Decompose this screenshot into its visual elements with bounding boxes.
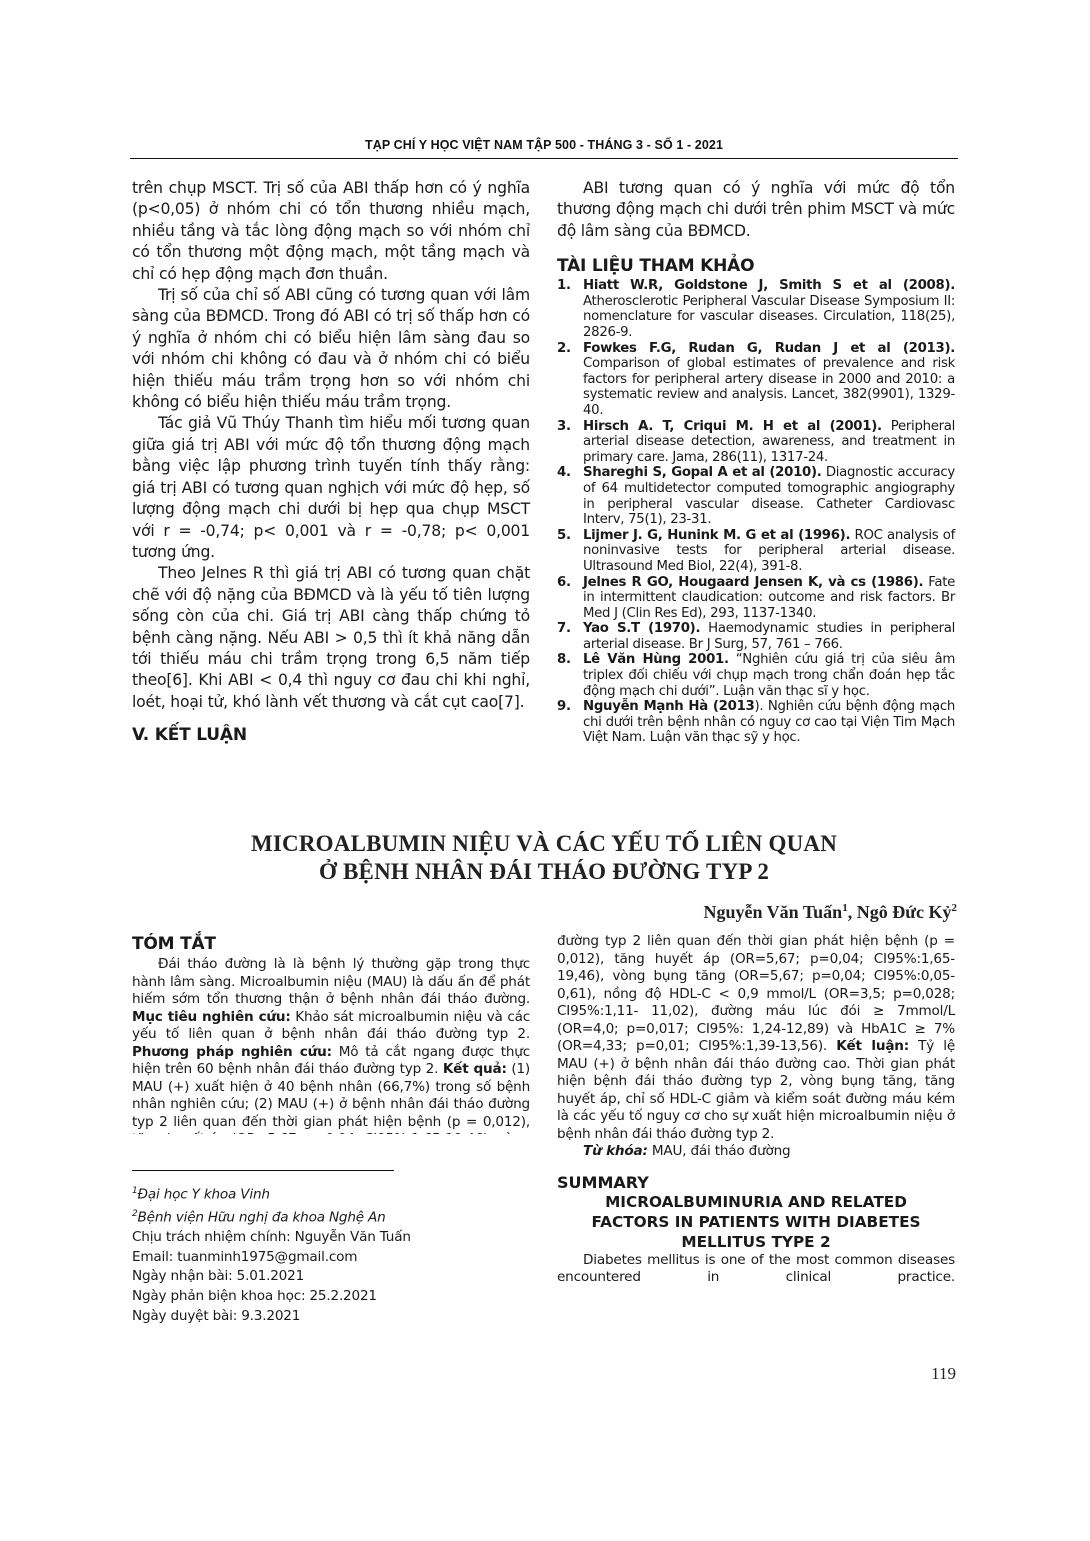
abstract-text: Đái tháo đường là là bệnh lý thường gặp …: [132, 956, 530, 1134]
summary-heading: SUMMARY: [557, 1173, 955, 1192]
abstract-heading: TÓM TẮT: [132, 934, 530, 954]
running-header: TẠP CHÍ Y HỌC VIỆT NAM TẬP 500 - THÁNG 3…: [130, 138, 958, 152]
abstract-column-right: đường typ 2 liên quan đến thời gian phát…: [557, 933, 955, 1287]
review-date: Ngày phản biện khoa học: 25.2.2021: [132, 1287, 530, 1307]
footnotes: 1Đại học Y khoa Vinh 2Bệnh viện Hữu nghị…: [132, 1182, 530, 1326]
reference-item: 7.Yao S.T (1970). Haemodynamic studies i…: [557, 621, 955, 652]
reference-item: 5.Lijmer J. G, Hunink M. G et al (1996).…: [557, 528, 955, 575]
approval-date: Ngày duyệt bài: 9.3.2021: [132, 1307, 530, 1327]
discussion-paragraph: Trị số của chỉ số ABI cũng có tương quan…: [132, 285, 530, 413]
reference-list: 1.Hiatt W.R, Goldstone J, Smith S et al …: [557, 278, 955, 746]
discussion-paragraph: trên chụp MSCT. Trị số của ABI thấp hơn …: [132, 178, 530, 285]
affiliation-1: 1Đại học Y khoa Vinh: [132, 1182, 530, 1205]
abstract-column-left: TÓM TẮT Đái tháo đường là là bệnh lý thư…: [132, 934, 530, 1134]
discussion-paragraph: Theo Jelnes R thì giá trị ABI có tương q…: [132, 563, 530, 713]
reference-item: 4.Shareghi S, Gopal A et al (2010). Diag…: [557, 465, 955, 527]
references-heading: TÀI LIỆU THAM KHẢO: [557, 256, 955, 276]
responsible-author: Chịu trách nhiệm chính: Nguyễn Văn Tuấn: [132, 1228, 530, 1248]
header-rule: [130, 158, 958, 159]
reference-item: 9.Nguyễn Mạnh Hà (2013). Nghiên cứu bệnh…: [557, 699, 955, 746]
reference-item: 8.Lê Văn Hùng 2001. “Nghiên cứu giá trị …: [557, 652, 955, 699]
conclusion-heading: V. KẾT LUẬN: [132, 725, 530, 745]
summary-text: Diabetes mellitus is one of the most com…: [557, 1252, 955, 1287]
page-number: 119: [900, 1364, 956, 1384]
keywords: Từ khóa: MAU, đái tháo đường: [557, 1143, 955, 1161]
references-column: ABI tương quan có ý nghĩa với mức độ tổn…: [557, 178, 955, 746]
reference-item: 1.Hiatt W.R, Goldstone J, Smith S et al …: [557, 278, 955, 340]
article-title: MICROALBUMIN NIỆU VÀ CÁC YẾU TỐ LIÊN QUA…: [130, 830, 958, 886]
email: Email: tuanminh1975@gmail.com: [132, 1248, 530, 1268]
footnote-rule: [132, 1170, 394, 1171]
conclusion-text: ABI tương quan có ý nghĩa với mức độ tổn…: [557, 178, 955, 242]
author-name: Ngô Đức Kỷ: [857, 902, 952, 922]
summary-title: MICROALBUMINURIA AND RELATED FACTORS IN …: [557, 1192, 955, 1252]
discussion-paragraph: Tác giả Vũ Thúy Thanh tìm hiểu mối tương…: [132, 413, 530, 563]
author-name: Nguyễn Văn Tuấn: [703, 902, 842, 922]
reference-item: 3.Hirsch A. T, Criqui M. H et al (2001).…: [557, 419, 955, 466]
journal-page: TẠP CHÍ Y HỌC VIỆT NAM TẬP 500 - THÁNG 3…: [0, 0, 1090, 1541]
article-authors: Nguyễn Văn Tuấn1, Ngô Đức Kỷ2: [560, 902, 957, 923]
reference-item: 2.Fowkes F.G, Rudan G, Rudan J et al (20…: [557, 341, 955, 419]
discussion-column: trên chụp MSCT. Trị số của ABI thấp hơn …: [132, 178, 530, 745]
abstract-results-text: đường typ 2 liên quan đến thời gian phát…: [557, 933, 955, 1143]
reference-item: 6.Jelnes R GO, Hougaard Jensen K, và cs …: [557, 575, 955, 622]
received-date: Ngày nhận bài: 5.01.2021: [132, 1267, 530, 1287]
affiliation-2: 2Bệnh viện Hữu nghị đa khoa Nghệ An: [132, 1205, 530, 1228]
